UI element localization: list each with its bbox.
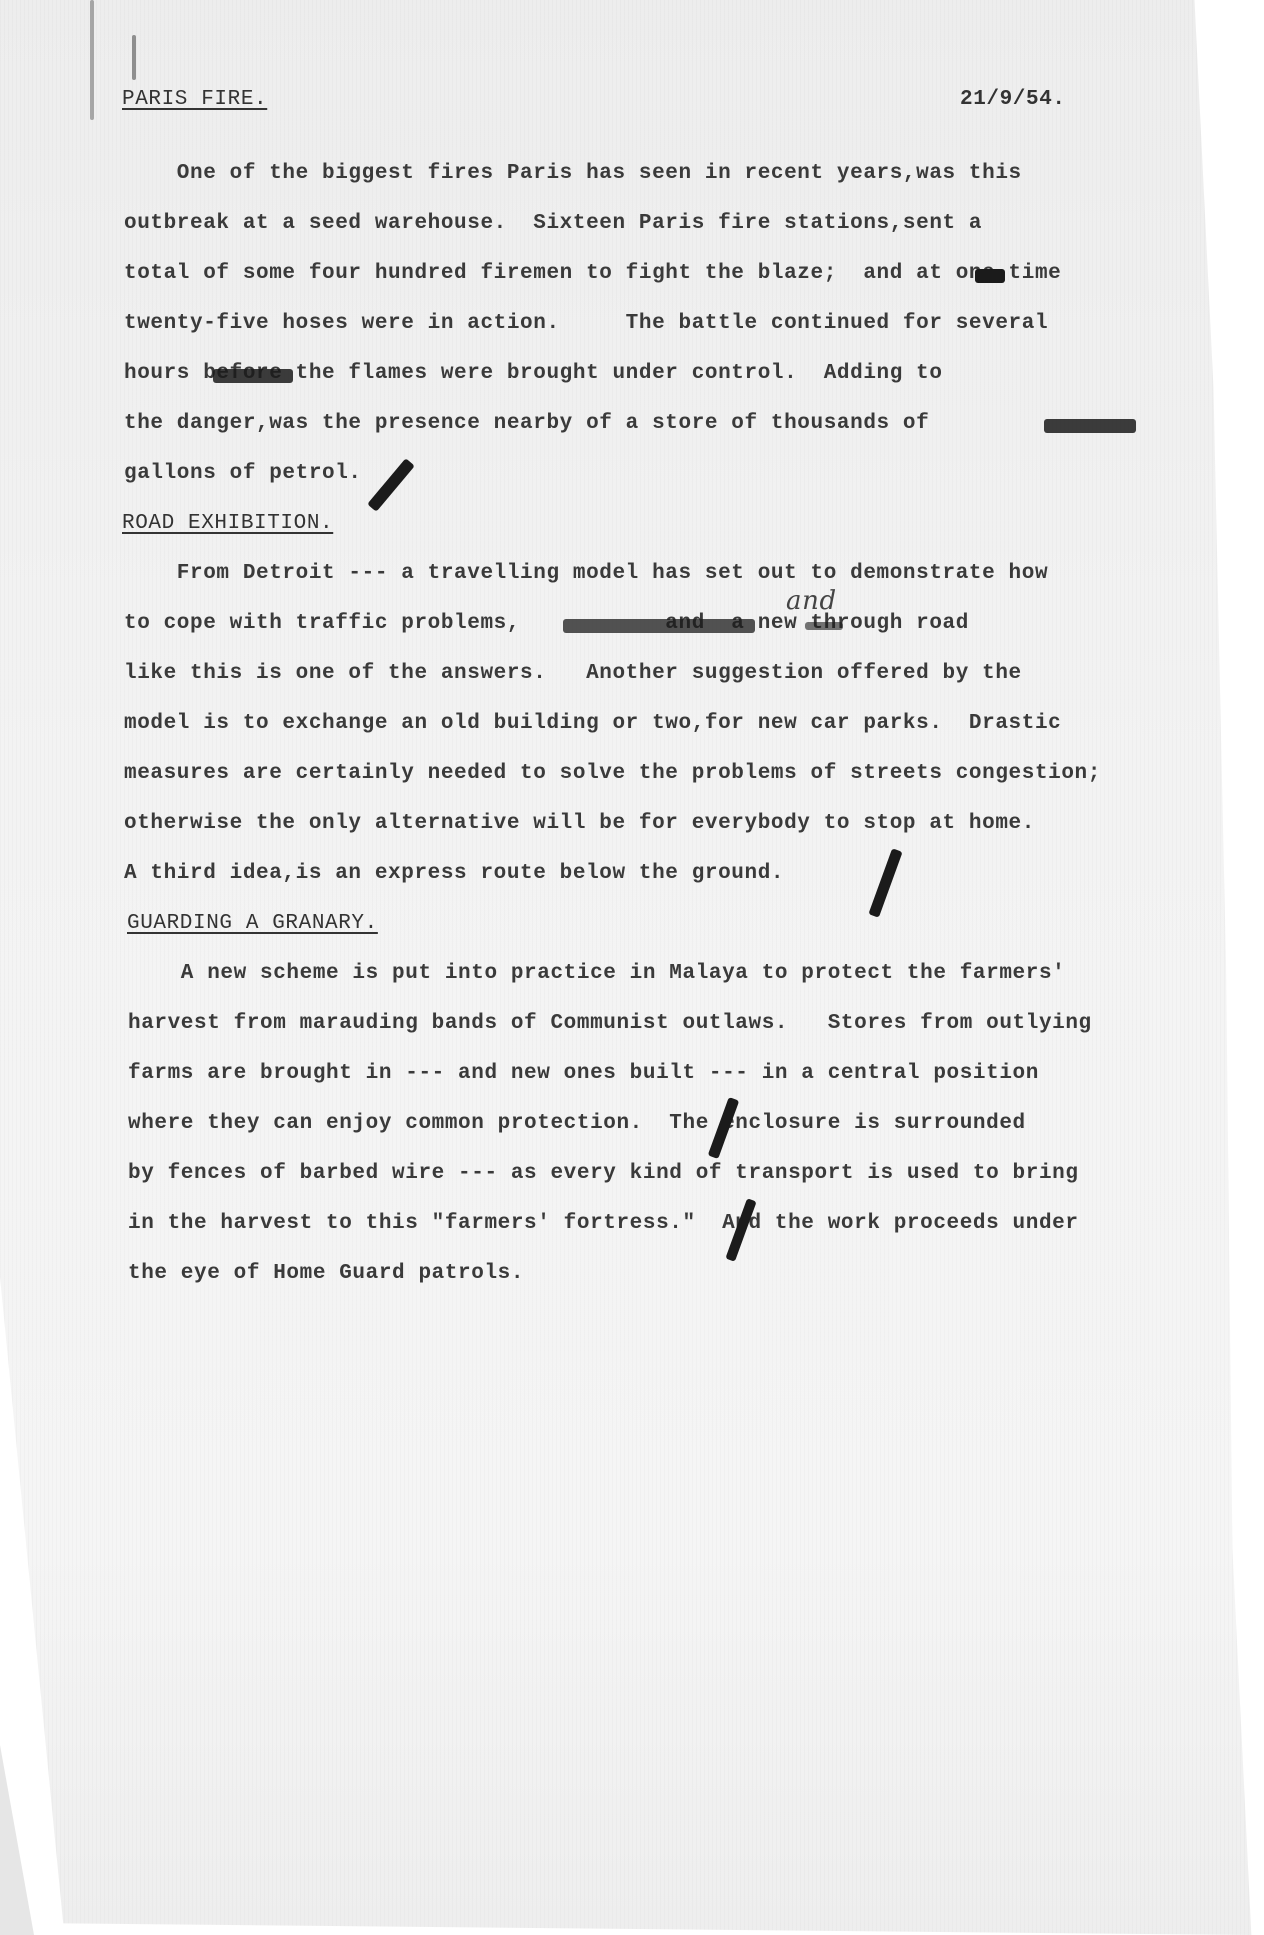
text-line: like this is one of the answers. Another… <box>124 662 1022 685</box>
text-line: total of some four hundred firemen to fi… <box>124 262 1061 285</box>
text-line: One of the biggest fires Paris has seen … <box>124 162 1022 185</box>
ink-blot <box>213 369 293 383</box>
text-line: A new scheme is put into practice in Mal… <box>128 962 1065 985</box>
section-heading-paris-fire: PARIS FIRE. <box>122 88 267 111</box>
text-line: outbreak at a seed warehouse. Sixteen Pa… <box>124 212 982 235</box>
text-line: From Detroit --- a travelling model has … <box>124 562 1048 585</box>
ink-blot <box>1044 419 1136 433</box>
text-line: otherwise the only alternative will be f… <box>124 812 1035 835</box>
section-heading-guarding-a-granary: GUARDING A GRANARY. <box>127 912 378 935</box>
text-line: where they can enjoy common protection. … <box>128 1112 1026 1135</box>
section-heading-road-exhibition: ROAD EXHIBITION. <box>122 512 333 535</box>
margin-mark <box>132 35 136 80</box>
text-line: in the harvest to this "farmers' fortres… <box>128 1212 1079 1235</box>
text-line: farms are brought in --- and new ones bu… <box>128 1062 1039 1085</box>
document-date: 21/9/54. <box>960 88 1066 111</box>
scanned-page: PARIS FIRE. 21/9/54. One of the biggest … <box>0 0 1264 1935</box>
text-line: model is to exchange an old building or … <box>124 712 1061 735</box>
text-line: the danger,was the presence nearby of a … <box>124 412 929 435</box>
folded-corner <box>0 1745 34 1935</box>
strikethrough-blot <box>563 619 755 633</box>
ink-blot <box>805 622 843 630</box>
text-line: A third idea,is an express route below t… <box>124 862 784 885</box>
text-line: by fences of barbed wire --- as every ki… <box>128 1162 1079 1185</box>
text-line: harvest from marauding bands of Communis… <box>128 1012 1092 1035</box>
text-line: twenty-five hoses were in action. The ba… <box>124 312 1048 335</box>
text-line: measures are certainly needed to solve t… <box>124 762 1101 785</box>
ink-blot <box>975 269 1005 283</box>
text-line: gallons of petrol. <box>124 462 362 485</box>
text-line: the eye of Home Guard patrols. <box>128 1262 524 1285</box>
handwritten-insertion: and <box>786 586 837 616</box>
margin-mark <box>90 0 94 120</box>
